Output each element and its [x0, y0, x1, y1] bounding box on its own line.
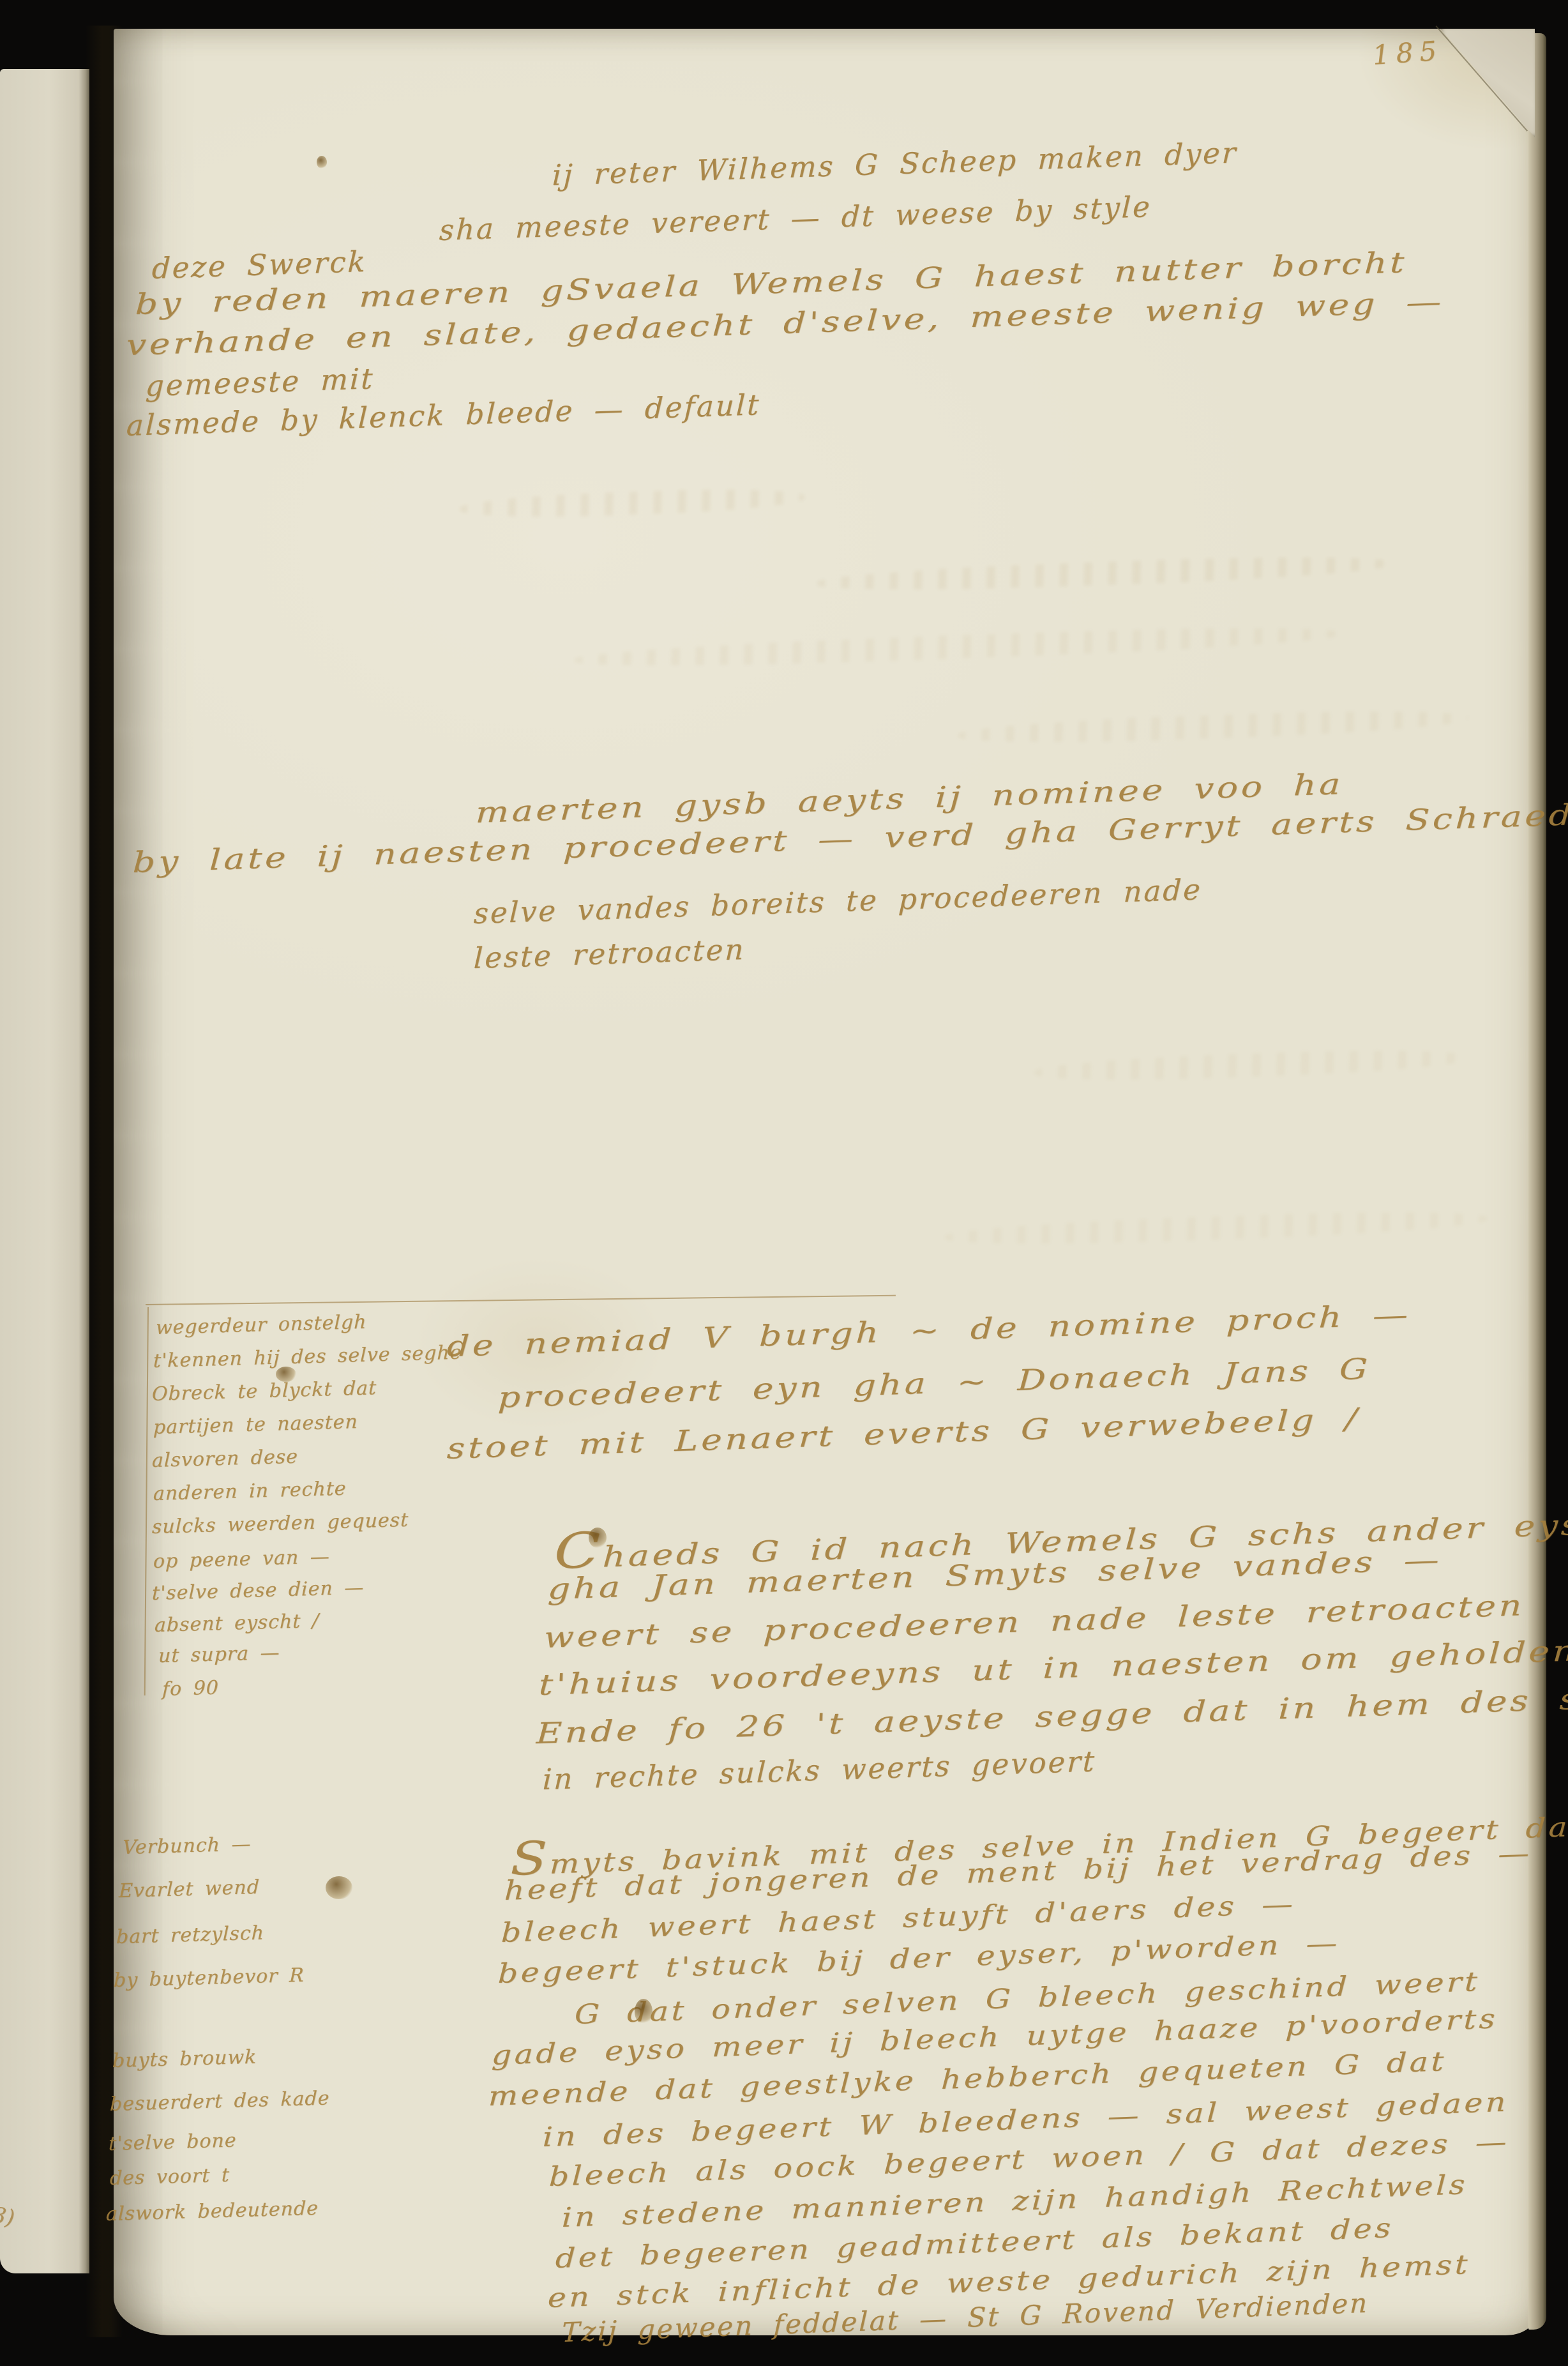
margin-note-line: Evarlet wend	[119, 1876, 260, 1902]
ink-blot	[589, 1528, 607, 1548]
photograph-of-bound-manuscript: { "page": { "number": "185" }, "facing_p…	[0, 0, 1568, 2366]
margin-note-line: fo 90	[162, 1676, 220, 1701]
margin-note-line: buyts brouwk	[112, 2046, 257, 2072]
ink-blot	[635, 1999, 652, 2024]
margin-note-line: absent eyscht /	[155, 1610, 320, 1637]
margin-note-line: alsvoren dese	[152, 1446, 299, 1472]
ink-blot	[317, 156, 327, 169]
page-number: 185	[1371, 34, 1444, 71]
page-edge-stack	[1528, 33, 1546, 2330]
margin-note-line: bart retzylsch	[116, 1922, 265, 1949]
margin-note-line: des voort t	[110, 2164, 230, 2190]
ink-blot	[276, 1367, 296, 1382]
margin-note-line: ut supra —	[158, 1642, 280, 1667]
facing-page-edge	[0, 69, 89, 2273]
margin-note-line: Verbunch —	[123, 1833, 252, 1859]
ink-blot	[326, 1876, 352, 1899]
margin-note-line: t'selve bone	[109, 2129, 237, 2155]
handwritten-line: deze Swerck	[151, 245, 368, 285]
